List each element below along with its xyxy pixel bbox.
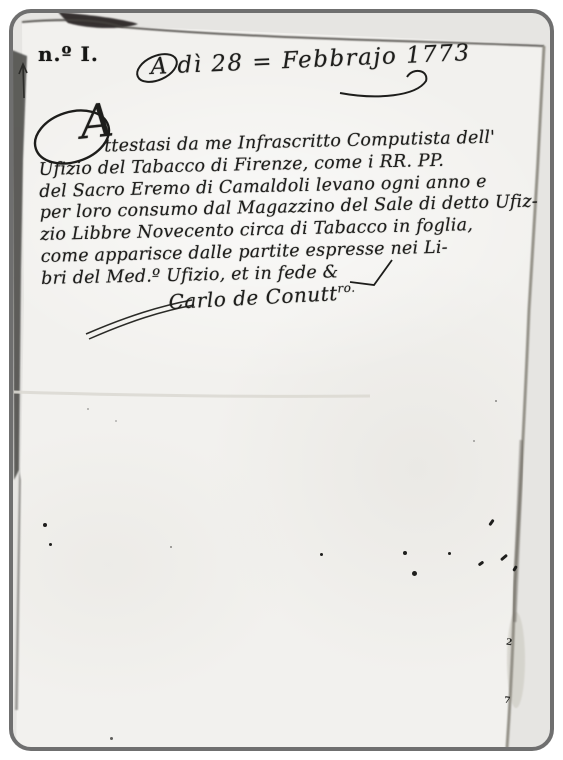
signature-suffix: ro. [337,281,356,296]
body-paragraph: ttestasi da me Infrascritto Computista d… [38,126,549,290]
scanned-photo: n.º I. A dì 28 = Febbrajo 1773 A ttestas… [10,10,553,750]
document-number-label: n.º I. [38,42,99,66]
